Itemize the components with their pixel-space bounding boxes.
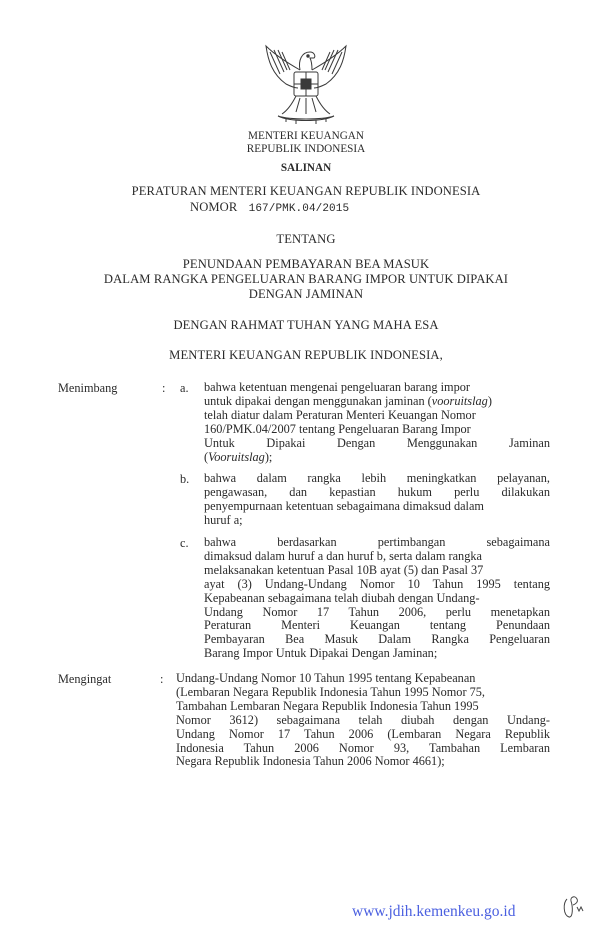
line: melaksanakan ketentuan Pasal 10B ayat (5… [204, 564, 550, 578]
garuda-emblem-icon [256, 40, 356, 128]
copy-mark: SALINAN [0, 162, 612, 174]
line: Nomor 3612) sebagaimana telah diubah den… [176, 714, 550, 728]
subject-line-1: PENUNDAAN PEMBAYARAN BEA MASUK [0, 257, 612, 272]
line: untuk dipakai dengan menggunakan jaminan… [204, 395, 550, 409]
menimbang-label: Menimbang [58, 381, 117, 396]
line: telah diatur dalam Peraturan Menteri Keu… [204, 409, 550, 423]
institution-line-2: REPUBLIK INDONESIA [0, 143, 612, 155]
item-b-text: bahwa dalam rangka lebih meningkatkan pe… [204, 472, 550, 528]
line: huruf a; [204, 514, 550, 528]
number-label: NOMOR [190, 200, 237, 214]
mengingat-text: Undang-Undang Nomor 10 Tahun 1995 tentan… [176, 672, 550, 769]
institution-line-1: MENTERI KEUANGAN [0, 130, 612, 142]
line: dimaksud dalam huruf a dan huruf b, sert… [204, 550, 550, 564]
line: Kepabeanan sebagaimana telah diubah deng… [204, 592, 550, 606]
item-c-letter: c. [180, 536, 189, 551]
signature-initial-icon [561, 893, 587, 921]
line: bahwa ketentuan mengenai pengeluaran bar… [204, 381, 550, 395]
line: Peraturan Menteri Keuangan tentang Penun… [204, 619, 550, 633]
invocation: DENGAN RAHMAT TUHAN YANG MAHA ESA [0, 318, 612, 333]
line: Undang-Undang Nomor 10 Tahun 1995 tentan… [176, 672, 550, 686]
line: Negara Republik Indonesia Tahun 2006 Nom… [176, 755, 550, 769]
subject-line-3: DENGAN JAMINAN [0, 287, 612, 302]
line: (Lembaran Negara Republik Indonesia Tahu… [176, 686, 550, 700]
line: Untuk Dipakai Dengan Menggunakan Jaminan [204, 437, 550, 451]
item-c-text: bahwa berdasarkan pertimbangan sebagaima… [204, 536, 550, 661]
regulation-number: NOMOR 167/PMK.04/2015 [190, 200, 349, 215]
number-value: 167/PMK.04/2015 [249, 203, 350, 215]
line: Indonesia Tahun 2006 Nomor 93, Tambahan … [176, 742, 550, 756]
item-b-letter: b. [180, 472, 189, 487]
jdih-website-link[interactable]: www.jdih.kemenkeu.go.id [352, 903, 515, 921]
line: Undang Nomor 17 Tahun 2006, perlu meneta… [204, 606, 550, 620]
line: Pembayaran Bea Masuk Dalam Rangka Pengel… [204, 633, 550, 647]
line: Undang Nomor 17 Tahun 2006 (Lembaran Neg… [176, 728, 550, 742]
line: Barang Impor Untuk Dipakai Dengan Jamina… [204, 647, 550, 661]
line: 160/PMK.04/2007 tentang Pengeluaran Bara… [204, 423, 550, 437]
mengingat-label: Mengingat [58, 672, 111, 687]
line: penyempurnaan ketentuan sebagaimana dima… [204, 500, 550, 514]
menimbang-colon: : [162, 381, 165, 396]
about-heading: TENTANG [0, 232, 612, 247]
line: bahwa dalam rangka lebih meningkatkan pe… [204, 472, 550, 486]
issuer: MENTERI KEUANGAN REPUBLIK INDONESIA, [0, 348, 612, 363]
mengingat-colon: : [160, 672, 163, 687]
subject-line-2: DALAM RANGKA PENGELUARAN BARANG IMPOR UN… [0, 272, 612, 287]
regulation-title: PERATURAN MENTERI KEUANGAN REPUBLIK INDO… [0, 184, 612, 199]
item-a-text: bahwa ketentuan mengenai pengeluaran bar… [204, 381, 550, 464]
line: ayat (3) Undang-Undang Nomor 10 Tahun 19… [204, 578, 550, 592]
line: bahwa berdasarkan pertimbangan sebagaima… [204, 536, 550, 550]
line: pengawasan, dan kepastian hukum perlu di… [204, 486, 550, 500]
line: Tambahan Lembaran Negara Republik Indone… [176, 700, 550, 714]
item-a-letter: a. [180, 381, 189, 396]
line: (Vooruitslag); [204, 451, 550, 465]
